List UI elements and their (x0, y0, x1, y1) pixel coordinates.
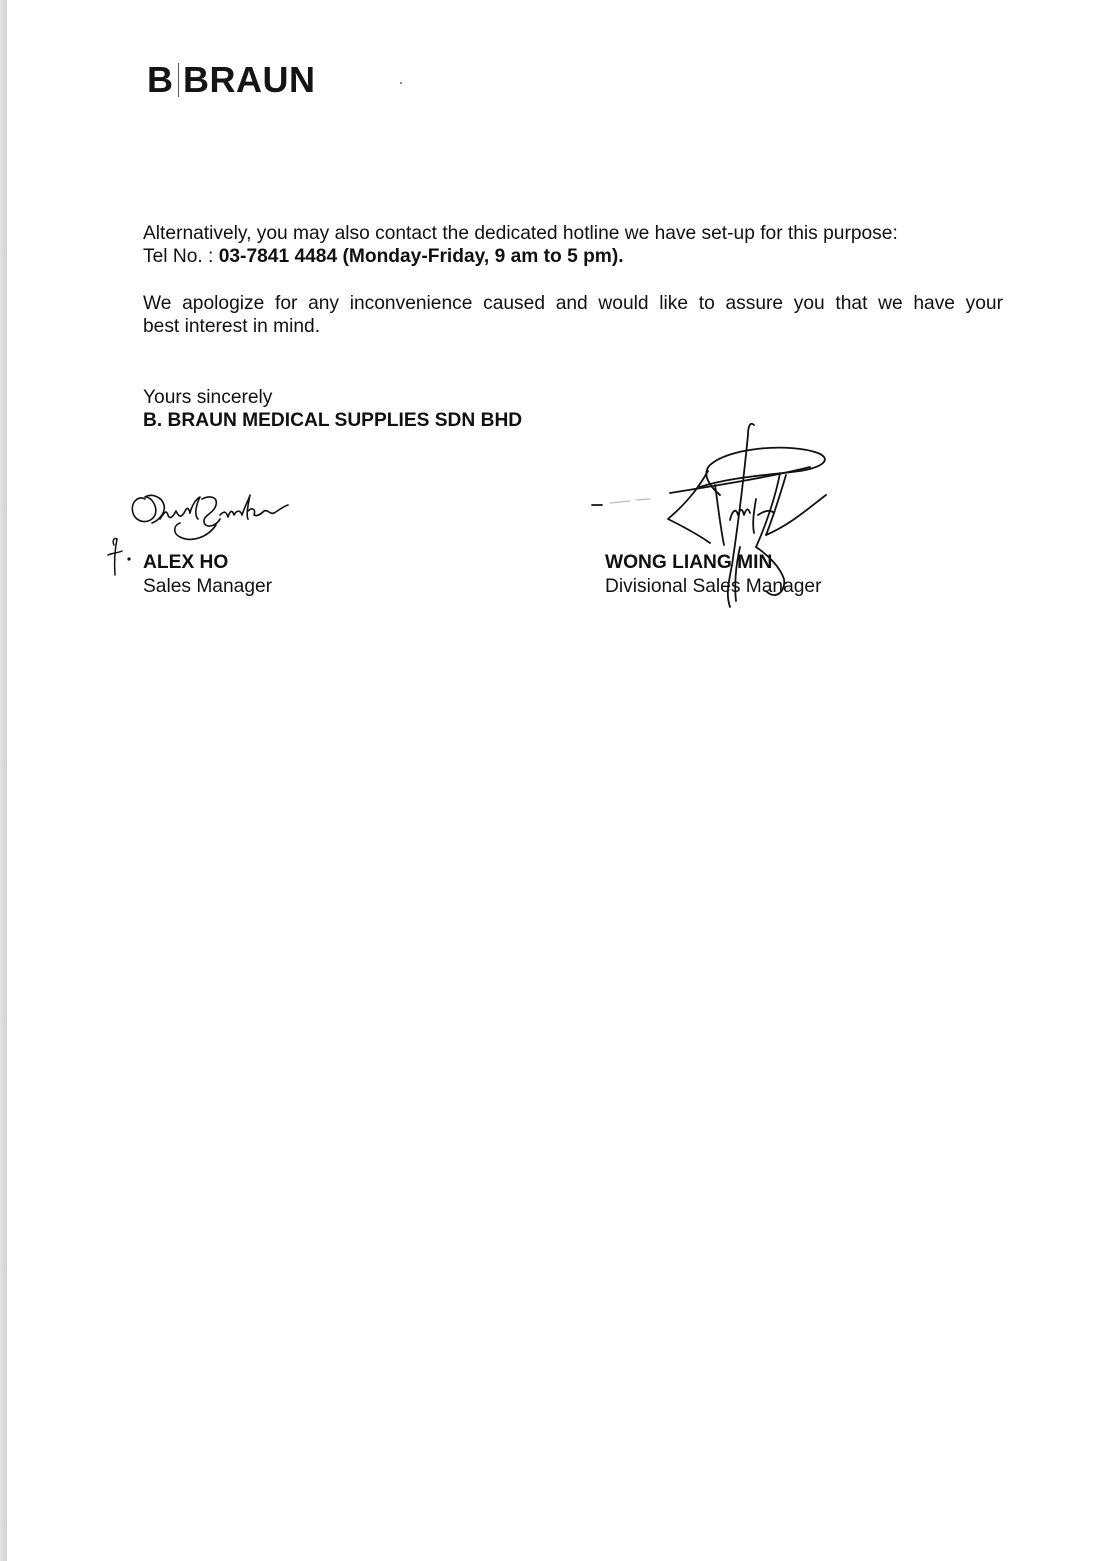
signatory-name: ALEX HO (143, 551, 272, 575)
logo-speck (400, 82, 402, 84)
apology-line-1: We apologize for any inconvenience cause… (143, 292, 1003, 315)
signature-wong-liang-min (580, 415, 840, 615)
logo-b-mark: B (147, 62, 174, 98)
logo-wordmark: BRAUN (183, 62, 316, 98)
hotline-intro: Alternatively, you may also contact the … (143, 222, 898, 245)
closing-block: Yours sincerely B. BRAUN MEDICAL SUPPLIE… (143, 386, 522, 432)
signatory-title: Sales Manager (143, 575, 272, 599)
signatory-alex-ho: ALEX HO Sales Manager (143, 551, 272, 599)
tel-number: 03-7841 4484 (Monday-Friday, 9 am to 5 p… (219, 246, 624, 267)
viewer-left-edge (0, 0, 7, 1561)
company-logo: B BRAUN (147, 60, 316, 100)
company-name: B. BRAUN MEDICAL SUPPLIES SDN BHD (143, 409, 522, 432)
hotline-paragraph: Alternatively, you may also contact the … (143, 222, 898, 268)
salutation: Yours sincerely (143, 386, 522, 409)
tel-label: Tel No. : (143, 246, 219, 267)
logo-divider (178, 63, 180, 97)
apology-line-2: best interest in mind. (143, 315, 1003, 338)
apology-paragraph: We apologize for any inconvenience cause… (143, 292, 1003, 338)
hotline-tel-line: Tel No. : 03-7841 4484 (Monday-Friday, 9… (143, 245, 898, 268)
